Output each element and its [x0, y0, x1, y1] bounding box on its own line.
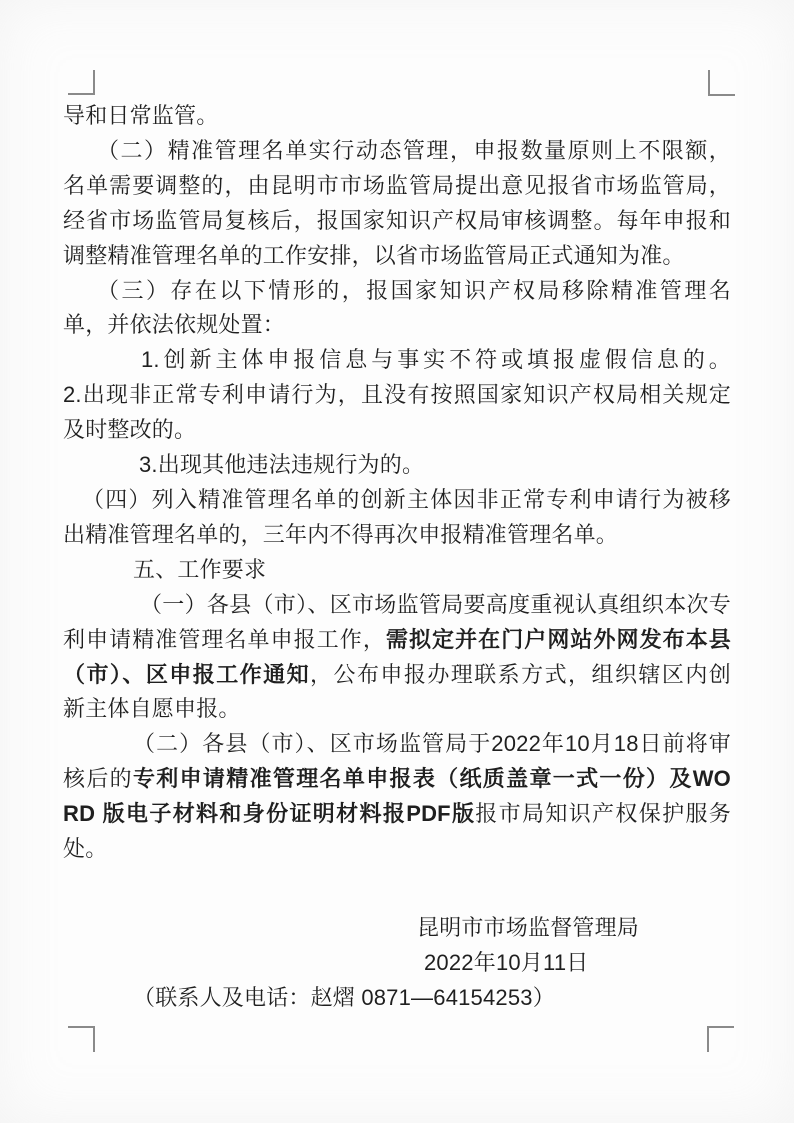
section-heading: 五、工作要求	[63, 553, 731, 588]
text-segment: 处。	[63, 836, 107, 861]
crop-mark-bottom-right-icon	[707, 1026, 734, 1052]
bold-text-segment: 需拟定并在门户网站外网发布本县	[386, 627, 731, 652]
text-line: 3.出现其他违法违规行为的。	[63, 448, 731, 483]
crop-mark-top-left-icon	[68, 70, 95, 95]
text-line: 经省市场监管局复核后，报国家知识产权局审核调整。每年申报和	[63, 204, 731, 239]
contact-line: （联系人及电话：赵熠 0871—64154253）	[63, 981, 731, 1016]
text-line: 1.创新主体申报信息与事实不符或填报虚假信息的。	[63, 343, 731, 378]
document-body: 导和日常监管。（二）精准管理名单实行动态管理，申报数量原则上不限额，名单需要调整…	[63, 99, 731, 1016]
text-segment: 1.创新主体申报信息与事实不符或填报虚假信息的。	[141, 347, 731, 372]
text-segment: 报市局知识产权保护服务	[475, 801, 731, 826]
text-segment: （一）各县（市）、区市场监管局要高度重视认真组织本次专	[140, 592, 731, 617]
text-segment: 五、工作要求	[133, 557, 266, 582]
text-line: 利申请精准管理名单申报工作，需拟定并在门户网站外网发布本县	[63, 623, 731, 658]
crop-mark-top-right-icon	[708, 70, 735, 96]
text-segment: （联系人及电话：赵熠 0871—64154253）	[133, 985, 555, 1010]
text-line: 核后的专利申请精准管理名单申报表（纸质盖章一式一份）及WO	[63, 762, 731, 797]
text-segment: 3.出现其他违法违规行为的。	[139, 452, 424, 477]
text-line: 处。	[63, 832, 731, 867]
text-segment: 名单需要调整的，由昆明市市场监管局提出意见报省市场监管局，	[63, 173, 731, 198]
document-page: 导和日常监管。（二）精准管理名单实行动态管理，申报数量原则上不限额，名单需要调整…	[0, 0, 794, 1123]
text-line: （四）列入精准管理名单的创新主体因非正常专利申请行为被移	[63, 483, 731, 518]
text-line: 2.出现非正常专利申请行为，且没有按照国家知识产权局相关规定	[63, 378, 731, 413]
text-segment: 核后的	[63, 766, 133, 791]
bold-text-segment: （市）、区申报工作通知	[63, 662, 310, 687]
text-segment: 昆明市市场监督管理局	[417, 915, 639, 940]
text-segment: 调整精准管理名单的工作安排，以省市场监管局正式通知为准。	[63, 243, 685, 268]
text-segment: 单，并依法依规处置：	[63, 312, 285, 337]
text-segment: 导和日常监管。	[63, 103, 218, 128]
text-line: （一）各县（市）、区市场监管局要高度重视认真组织本次专	[63, 588, 731, 623]
text-line: 出精准管理名单的，三年内不得再次申报精准管理名单。	[63, 518, 731, 553]
signature-org: 昆明市市场监督管理局	[63, 911, 731, 946]
text-line: （市）、区申报工作通知，公布申报办理联系方式，组织辖区内创	[63, 658, 731, 693]
text-segment: （二）各县（市）、区市场监管局于2022年10月18日前将审	[133, 731, 731, 756]
text-line: 名单需要调整的，由昆明市市场监管局提出意见报省市场监管局，	[63, 169, 731, 204]
text-line: RD 版电子材料和身份证明材料报PDF版报市局知识产权保护服务	[63, 797, 731, 832]
text-line: （二）各县（市）、区市场监管局于2022年10月18日前将审	[63, 727, 731, 762]
text-line: 调整精准管理名单的工作安排，以省市场监管局正式通知为准。	[63, 239, 731, 274]
text-segment: （四）列入精准管理名单的创新主体因非正常专利申请行为被移	[82, 487, 731, 512]
text-line: 导和日常监管。	[63, 99, 731, 134]
crop-mark-bottom-left-icon	[68, 1026, 95, 1052]
text-line: 单，并依法依规处置：	[63, 308, 731, 343]
signature-date: 2022年10月11日	[63, 946, 731, 981]
text-segment: 新主体自愿申报。	[63, 696, 241, 721]
text-segment: （三）存在以下情形的，报国家知识产权局移除精准管理名	[97, 278, 731, 303]
bold-text-segment: 专利申请精准管理名单申报表（纸质盖章一式一份）及WO	[133, 766, 731, 791]
text-segment: ，公布申报办理联系方式，组织辖区内创	[310, 662, 731, 687]
text-segment: 出精准管理名单的，三年内不得再次申报精准管理名单。	[63, 522, 618, 547]
text-line: （二）精准管理名单实行动态管理，申报数量原则上不限额，	[63, 134, 731, 169]
text-line: 及时整改的。	[63, 413, 731, 448]
text-segment: 2.出现非正常专利申请行为，且没有按照国家知识产权局相关规定	[63, 382, 731, 407]
text-segment: 2022年10月11日	[424, 950, 588, 975]
text-segment: （二）精准管理名单实行动态管理，申报数量原则上不限额，	[97, 138, 731, 163]
text-segment: 利申请精准管理名单申报工作，	[63, 627, 386, 652]
text-segment: 及时整改的。	[63, 417, 196, 442]
text-line: （三）存在以下情形的，报国家知识产权局移除精准管理名	[63, 274, 731, 309]
text-line: 新主体自愿申报。	[63, 692, 731, 727]
text-segment: 经省市场监管局复核后，报国家知识产权局审核调整。每年申报和	[63, 208, 731, 233]
bold-text-segment: RD 版电子材料和身份证明材料报PDF版	[63, 801, 475, 826]
